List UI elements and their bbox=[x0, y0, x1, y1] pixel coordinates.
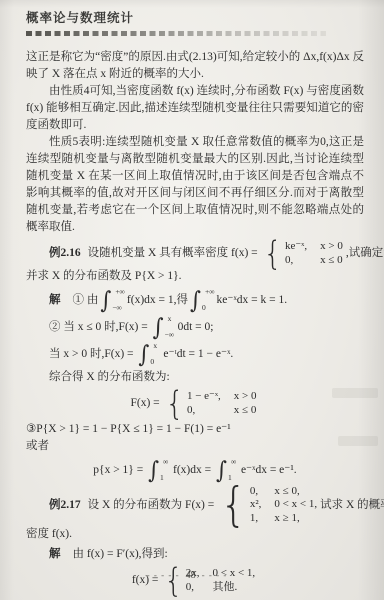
solve-label: 解 bbox=[49, 546, 61, 563]
case-condition: x > 0 bbox=[320, 240, 343, 254]
integral-sign: ∫ bbox=[100, 287, 111, 314]
example-2-16-outro: ,试确定常数 k, bbox=[346, 245, 384, 262]
paragraph-property-4: 由性质4可知,当密度函数 f(x) 连续时,分布函数 F(x) 与密度函数 f(… bbox=[26, 83, 364, 134]
formula-rhs: e⁻ˣdx = e⁻¹. bbox=[241, 462, 297, 479]
solution-2-17-text: 由 f(x) = F′(x),得到: bbox=[73, 546, 168, 563]
case-condition: x > 0 bbox=[234, 390, 257, 404]
case-value: x², bbox=[250, 498, 262, 512]
upper-limit: x bbox=[168, 315, 176, 323]
lower-limit: 1 bbox=[160, 474, 171, 482]
upper-limit: ∞ bbox=[231, 458, 239, 466]
case-value: 0, bbox=[250, 485, 262, 499]
solution-2-16-step-2: ② 当 x ≤ 0 时,F(x) = ∫ x−∞ 0dt = 0; bbox=[26, 315, 364, 339]
example-2-17-outro: 试求 X 的概率 bbox=[320, 497, 384, 514]
piecewise-distribution-2-17: { 0,x ≤ 0, x²,0 < x < 1, 1,x ≥ 1, bbox=[220, 484, 317, 526]
solve-label: 解 bbox=[49, 292, 61, 309]
case-condition: x ≤ 0 bbox=[320, 254, 343, 268]
textbook-page: 概率论与数理统计 这正是称它为“密度”的原因.由式(2.13)可知,给定较小的 … bbox=[0, 0, 384, 600]
case-condition: x ≤ 0, bbox=[274, 485, 317, 499]
paragraph-property-5: 性质5表明:连续型随机变量 X 取任意常数值的概率为0,这正是连续型随机变量与离… bbox=[26, 134, 364, 236]
step-1-text-a: ① 由 bbox=[73, 292, 99, 309]
integral-limits: +∞0 bbox=[201, 288, 215, 312]
step-3-text-a: 当 x > 0 时,F(x) = bbox=[49, 346, 136, 363]
step-1-text-c: ke⁻ˣdx = k = 1. bbox=[217, 292, 288, 309]
step-2-text-b: 0dt = 0; bbox=[178, 319, 214, 336]
integral: ∫ x0 bbox=[138, 342, 161, 366]
scan-artifact bbox=[338, 436, 378, 446]
example-2-17-label: 例2.17 bbox=[49, 497, 81, 514]
piecewise-density-2-16: { ke⁻ˣ,x > 0 0,x ≤ 0 bbox=[264, 239, 343, 268]
case-condition: x ≥ 1, bbox=[274, 512, 317, 526]
solution-2-17-line-1: 解 由 f(x) = F′(x),得到: bbox=[26, 546, 364, 563]
page-number: 48 bbox=[186, 570, 196, 581]
formula-lhs: F(x) = bbox=[130, 395, 162, 412]
integral-limits: +∞−∞ bbox=[111, 288, 125, 312]
integral-sign: ∫ bbox=[190, 287, 201, 314]
case-value: 1 − e⁻ˣ, bbox=[187, 390, 221, 404]
case-condition: 0 < x < 1, bbox=[274, 498, 317, 512]
case-value: 0, bbox=[187, 404, 221, 418]
integral: ∫ ∞1 bbox=[148, 458, 171, 482]
paragraph-density-remark: 这正是称它为“密度”的原因.由式(2.13)可知,给定较小的 Δx,f(x)Δx… bbox=[26, 49, 364, 83]
lower-limit: −∞ bbox=[112, 304, 125, 312]
example-2-16-statement: 例2.16 设随机变量 X 具有概率密度 f(x) = { ke⁻ˣ,x > 0… bbox=[26, 239, 364, 268]
lower-limit: 0 bbox=[150, 358, 161, 366]
upper-limit: +∞ bbox=[205, 288, 215, 296]
left-brace: { bbox=[220, 482, 247, 528]
step-1-text-b: f(x)dx = 1,得 bbox=[127, 292, 188, 309]
solution-2-16-step-3: 当 x > 0 时,F(x) = ∫ x0 e⁻ᵗdt = 1 − e⁻ˣ. bbox=[26, 342, 364, 366]
upper-limit: +∞ bbox=[115, 288, 125, 296]
piecewise-distribution: { 1 − e⁻ˣ,x > 0 0,x ≤ 0 bbox=[166, 389, 257, 418]
case-condition: x ≤ 0 bbox=[234, 404, 257, 418]
piecewise-rows: 1 − e⁻ˣ,x > 0 0,x ≤ 0 bbox=[187, 390, 257, 417]
lower-limit: −∞ bbox=[165, 331, 176, 339]
solution-2-16-or: 或者 bbox=[26, 438, 364, 455]
footer-dashes-right: - - - - bbox=[202, 570, 228, 580]
running-header: 概率论与数理统计 bbox=[26, 10, 364, 36]
book-title: 概率论与数理统计 bbox=[26, 10, 364, 27]
integral-limits: x0 bbox=[149, 342, 161, 366]
integral-limits: x−∞ bbox=[164, 315, 176, 339]
case-value: 0, bbox=[285, 254, 307, 268]
scan-artifact bbox=[332, 388, 378, 398]
example-2-16-label: 例2.16 bbox=[49, 245, 81, 262]
footer-dashes-left: - - - - - bbox=[147, 570, 180, 580]
integral-sign: ∫ bbox=[138, 341, 149, 368]
integral-sign: ∫ bbox=[153, 314, 164, 341]
example-2-17-statement: 例2.17 设 X 的分布函数为 F(x) = { 0,x ≤ 0, x²,0 … bbox=[26, 484, 364, 526]
example-2-17-line2: 密度 f(x). bbox=[26, 526, 364, 543]
lower-limit: 0 bbox=[202, 304, 215, 312]
case-value: 1, bbox=[250, 512, 262, 526]
case-value: ke⁻ˣ, bbox=[285, 240, 307, 254]
page-footer: - - - - -48- - - - bbox=[0, 567, 374, 584]
integral-sign: ∫ bbox=[148, 457, 159, 484]
left-brace: { bbox=[264, 237, 282, 270]
integral: ∫ +∞−∞ bbox=[100, 288, 125, 312]
example-2-17-intro: 设 X 的分布函数为 F(x) = bbox=[88, 497, 217, 514]
integral-limits: ∞1 bbox=[159, 458, 171, 482]
step-3-text-b: e⁻ᵗdt = 1 − e⁻ˣ. bbox=[163, 346, 233, 363]
solution-2-16-summary: 综合得 X 的分布函数为: bbox=[26, 369, 364, 386]
page-content: 概率论与数理统计 这正是称它为“密度”的原因.由式(2.13)可知,给定较小的 … bbox=[0, 0, 384, 595]
formula-lhs: p{x > 1} = bbox=[93, 462, 146, 479]
formula-mid: f(x)dx = bbox=[173, 462, 214, 479]
example-2-16-intro: 设随机变量 X 具有概率密度 f(x) = bbox=[88, 245, 261, 262]
distribution-function-formula: F(x) = { 1 − e⁻ˣ,x > 0 0,x ≤ 0 bbox=[26, 389, 364, 418]
upper-limit: ∞ bbox=[163, 458, 171, 466]
header-rule-dashes bbox=[26, 31, 326, 36]
piecewise-rows: 0,x ≤ 0, x²,0 < x < 1, 1,x ≥ 1, bbox=[250, 485, 317, 526]
probability-integral-formula: p{x > 1} = ∫ ∞1 f(x)dx = ∫ ∞1 e⁻ˣdx = e⁻… bbox=[26, 458, 364, 482]
upper-limit: x bbox=[153, 342, 161, 350]
step-2-text-a: ② 当 x ≤ 0 时,F(x) = bbox=[49, 319, 151, 336]
left-brace: { bbox=[166, 387, 184, 420]
solution-2-16-step-5: ③P{X > 1} = 1 − P{X ≤ 1} = 1 − F(1) = e⁻… bbox=[26, 421, 364, 438]
solution-2-16-step-1: 解 ① 由 ∫ +∞−∞ f(x)dx = 1,得 ∫ +∞0 ke⁻ˣdx =… bbox=[26, 288, 364, 312]
integral: ∫ x−∞ bbox=[153, 315, 176, 339]
integral: ∫ +∞0 bbox=[190, 288, 215, 312]
example-2-16-line2: 并求 X 的分布函数及 P{X > 1}. bbox=[26, 268, 364, 285]
piecewise-rows: ke⁻ˣ,x > 0 0,x ≤ 0 bbox=[285, 240, 343, 267]
